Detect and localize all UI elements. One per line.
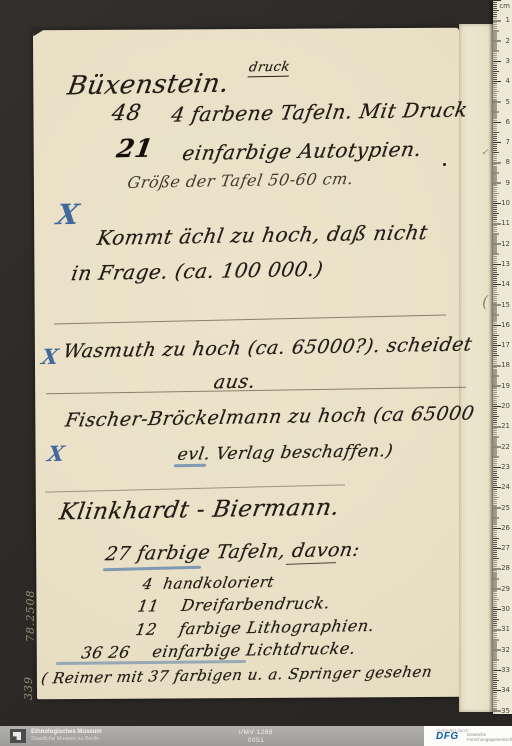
- ruler-number: 22: [501, 443, 510, 451]
- ruler-labels: cm12345678910111213141516171819202122232…: [493, 0, 512, 714]
- heading-buexenstein: Büxenstein.: [65, 69, 231, 102]
- ruler-number: 1: [506, 16, 510, 24]
- verlag-line: evl. Verlag beschaffen.): [176, 441, 394, 465]
- measuring-ruler: cm12345678910111213141516171819202122232…: [493, 0, 512, 714]
- pencil-number-upper: 78.2508: [24, 590, 37, 643]
- scan-footer-bar: Ethnologisches Museum Staatliche Museen …: [0, 726, 512, 746]
- ruler-number: 14: [501, 280, 510, 288]
- tafeln-line: 27 farbige Tafeln, davon:: [104, 539, 362, 565]
- ruler-number: 21: [501, 422, 510, 430]
- note-zu-hoch-2: in Frage. (ca. 100 000.): [70, 257, 325, 285]
- pencil-paren-mark: (: [482, 292, 488, 311]
- ruler-number: 10: [501, 199, 510, 207]
- ruler-number: 34: [501, 686, 510, 694]
- ruler-number: 8: [506, 158, 510, 166]
- ruler-number: 18: [501, 361, 510, 369]
- row-autotypien: einfarbige Autotypien.: [181, 137, 424, 165]
- ruler-number: 11: [501, 219, 510, 227]
- dfg-logo-text: DFG: [436, 731, 459, 742]
- ruler-number: 6: [506, 118, 510, 126]
- item-handkoloriert: 4 handkoloriert: [141, 573, 275, 593]
- dfg-logo-block: Gefördert durch DFG Deutsche Forschungsg…: [424, 726, 512, 746]
- ruler-number: 5: [506, 98, 510, 106]
- ruler-number: 7: [506, 138, 510, 146]
- ruler-number: 26: [501, 524, 510, 532]
- pencil-check-mark: ✓: [481, 148, 489, 158]
- dfg-name-line2: Forschungsgemeinschaft: [467, 737, 512, 742]
- inserted-word: druck: [248, 60, 291, 78]
- ruler-number: 33: [501, 666, 510, 674]
- ruler-number: 24: [501, 483, 510, 491]
- ruler-number: 9: [506, 179, 510, 187]
- ruler-number: 32: [501, 646, 510, 654]
- ruler-unit-label: cm: [499, 2, 510, 10]
- ruler-number: 4: [506, 77, 510, 85]
- ruler-number: 19: [501, 382, 510, 390]
- ruler-number: 29: [501, 585, 510, 593]
- item-dreifarbendruck: 11 Dreifarbendruck.: [136, 593, 331, 615]
- ruler-number: 31: [501, 625, 510, 633]
- size-note: Größe der Tafel 50-60 cm.: [126, 169, 355, 192]
- ruler-number: 17: [501, 341, 510, 349]
- ruler-number: 2: [506, 37, 510, 45]
- adjacent-page-edge: [459, 24, 495, 712]
- scan-viewport: Büxenstein. druck 48 4 farbene Tafeln. M…: [0, 0, 512, 746]
- ruler-number: 35: [501, 707, 510, 715]
- ruler-number: 13: [501, 260, 510, 268]
- qty-48: 48: [110, 101, 143, 127]
- ruler-number: 23: [501, 463, 510, 471]
- heading-klinkhardt: Klinkhardt - Biermann.: [58, 495, 342, 526]
- dfg-full-name: Deutsche Forschungsgemeinschaft: [467, 732, 512, 742]
- ruler-number: 25: [501, 504, 510, 512]
- ruler-number: 3: [506, 57, 510, 65]
- ruler-number: 20: [501, 402, 510, 410]
- ruler-number: 27: [501, 544, 510, 552]
- ruler-number: 28: [501, 564, 510, 572]
- pencil-number-lower: 339: [22, 676, 35, 700]
- qty-21: 21: [115, 134, 156, 164]
- ink-dot: [443, 163, 446, 166]
- ruler-number: 12: [501, 240, 510, 248]
- ruler-number: 16: [501, 321, 510, 329]
- ruler-number: 15: [501, 301, 510, 309]
- folded-corner: [33, 27, 49, 37]
- ruler-number: 30: [501, 605, 510, 613]
